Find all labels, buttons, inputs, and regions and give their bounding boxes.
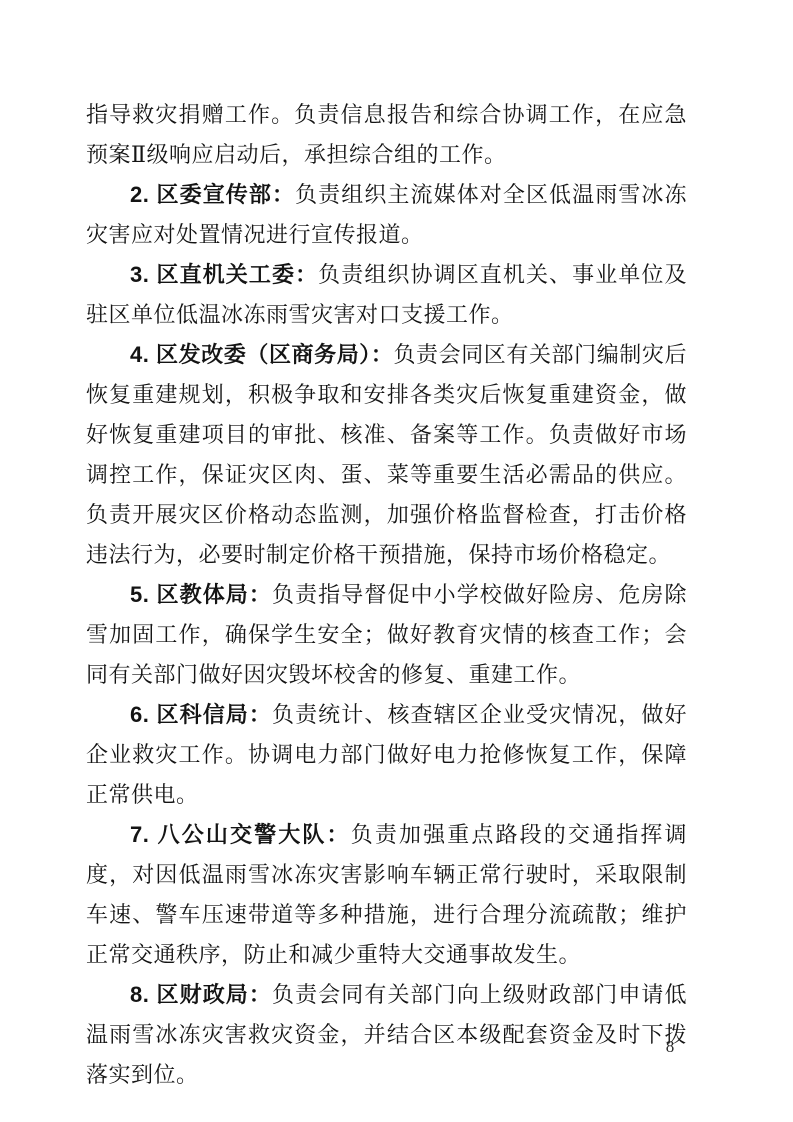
document-page: 指导救灾捐赠工作。负责信息报告和综合协调工作，在应急预案Ⅱ级响应启动后，承担综合… (0, 0, 793, 1122)
paragraph-item-2: 2. 区委宣传部：负责组织主流媒体对全区低温雨雪冰冻灾害应对处置情况进行宣传报道… (86, 175, 687, 255)
paragraph-item-6: 6. 区科信局：负责统计、核查辖区企业受灾情况，做好企业救灾工作。协调电力部门做… (86, 695, 687, 815)
paragraph-lead: 5. 区教体局： (130, 582, 272, 607)
paragraph-continuation: 指导救灾捐赠工作。负责信息报告和综合协调工作，在应急预案Ⅱ级响应启动后，承担综合… (86, 95, 687, 175)
paragraph-lead: 6. 区科信局： (130, 702, 272, 727)
paragraph-lead: 3. 区直机关工委： (130, 262, 318, 287)
paragraph-lead: 7. 八公山交警大队： (130, 822, 351, 847)
page-number: 8 (660, 1035, 680, 1059)
document-body: 指导救灾捐赠工作。负责信息报告和综合协调工作，在应急预案Ⅱ级响应启动后，承担综合… (86, 95, 687, 1095)
paragraph-lead: 8. 区财政局： (130, 982, 272, 1007)
paragraph-item-8: 8. 区财政局：负责会同有关部门向上级财政部门申请低温雨雪冰冻灾害救灾资金，并结… (86, 975, 687, 1095)
paragraph-item-7: 7. 八公山交警大队：负责加强重点路段的交通指挥调度，对因低温雨雪冰冻灾害影响车… (86, 815, 687, 975)
paragraph-text: 指导救灾捐赠工作。负责信息报告和综合协调工作，在应急预案Ⅱ级响应启动后，承担综合… (86, 102, 687, 167)
paragraph-item-4: 4. 区发改委（区商务局）：负责会同区有关部门编制灾后恢复重建规划，积极争取和安… (86, 335, 687, 575)
paragraph-lead: 2. 区委宣传部： (130, 182, 295, 207)
paragraph-text: 负责会同区有关部门编制灾后恢复重建规划，积极争取和安排各类灾后恢复重建资金，做好… (86, 342, 687, 567)
paragraph-item-3: 3. 区直机关工委：负责组织协调区直机关、事业单位及驻区单位低温冰冻雨雪灾害对口… (86, 255, 687, 335)
paragraph-item-5: 5. 区教体局：负责指导督促中小学校做好险房、危房除雪加固工作，确保学生安全；做… (86, 575, 687, 695)
paragraph-lead: 4. 区发改委（区商务局）： (130, 342, 393, 367)
